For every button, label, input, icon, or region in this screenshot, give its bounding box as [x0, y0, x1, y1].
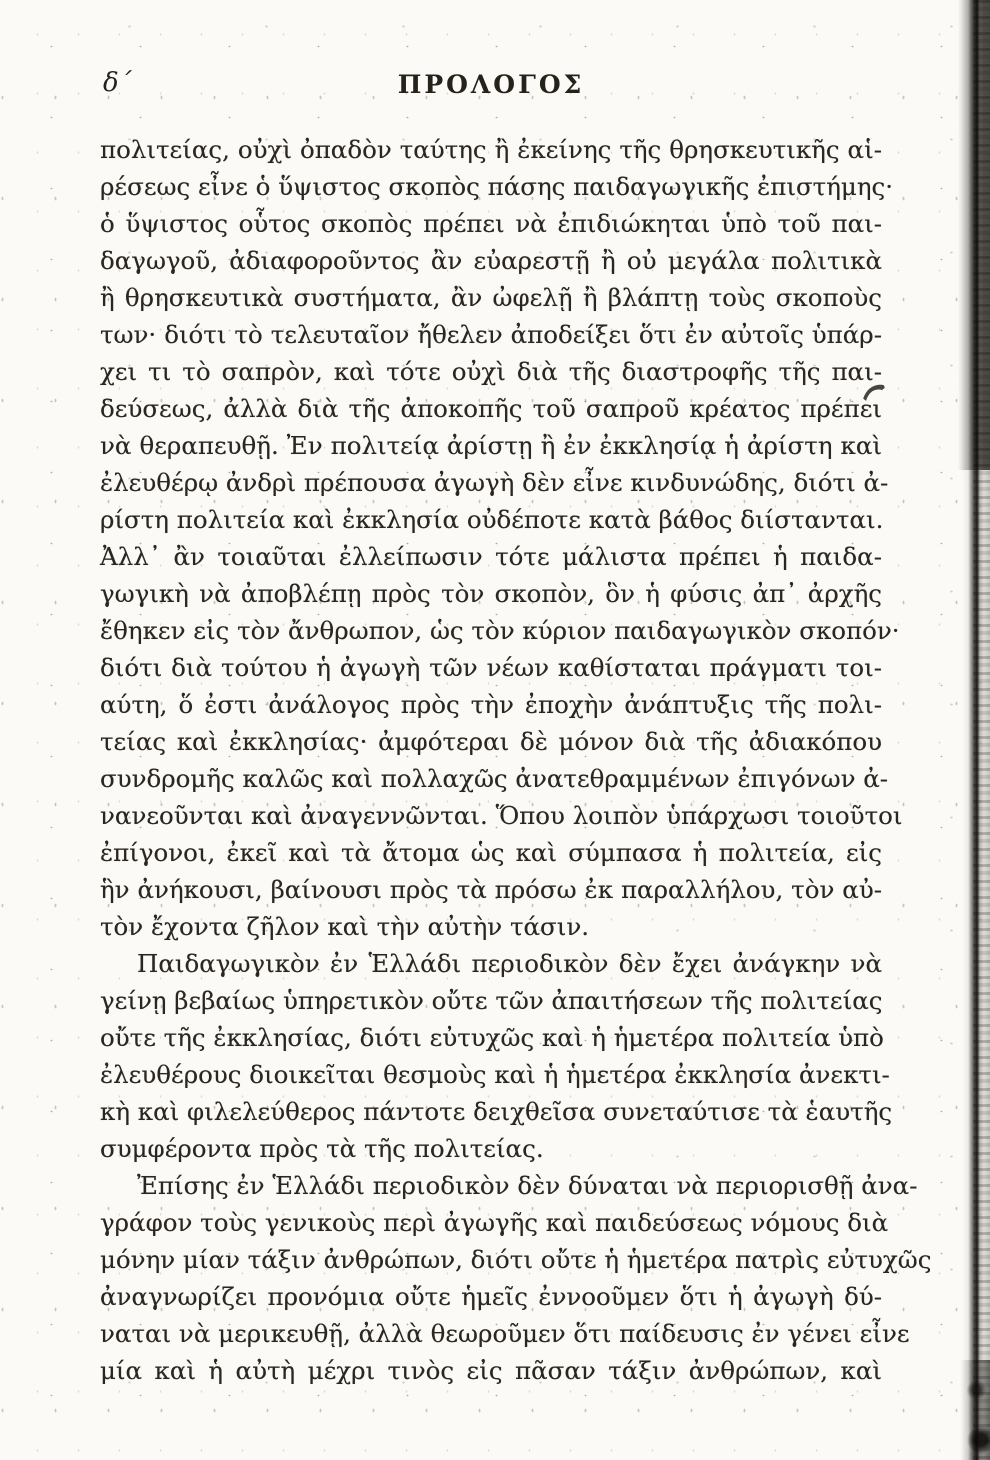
page-title: ΠΡΟΛΟΓΟΣ [100, 70, 882, 99]
scan-edge-artifact-top [958, 0, 990, 470]
text-line: χει τι τὸ σαπρὸν, καὶ τότε οὐχὶ διὰ τῆς … [100, 353, 882, 390]
text-line: ἢ θρησκευτικὰ συστήματα, ἂν ὠφελῇ ἢ βλάπ… [100, 279, 882, 316]
text-line: αύτη, ὅ ἐστι ἀνάλογος πρὸς τὴν ἐποχὴν ἀν… [100, 686, 882, 723]
text-line: Ἐπίσης ἐν Ἑλλάδι περιοδικὸν δὲν δύναται … [100, 1167, 882, 1204]
scanned-book-page: δ΄ ΠΡΟΛΟΓΟΣ πολιτείας, οὐχὶ ὀπαδὸν ταύτη… [0, 0, 990, 1460]
text-line: τὸν ἔχοντα ζῆλον καὶ τὴν αὐτὴν τάσιν. [100, 908, 882, 945]
text-line: οὔτε τῆς ἐκκλησίας, διότι εὐτυχῶς καὶ ἡ … [100, 1019, 882, 1056]
text-line: Ἀλλ᾽ ἂν τοιαῦται ἐλλείπωσιν τότε μάλιστα… [100, 538, 882, 575]
text-line: ἀναγνωρίζει προνόμια οὔτε ἡμεῖς ἐννοοῦμε… [100, 1278, 882, 1315]
text-line: κὴ καὶ φιλελεύθερος πάντοτε δειχθεῖσα συ… [100, 1093, 882, 1130]
text-line: δαγωγοῦ, ἀδιαφοροῦντος ἂν εὐαρεστῇ ἢ οὐ … [100, 242, 882, 279]
text-line: πολιτείας, οὐχὶ ὀπαδὸν ταύτης ἢ ἐκείνης … [100, 131, 882, 168]
text-line: δεύσεως, ἀλλὰ διὰ τῆς ἀποκοπῆς τοῦ σαπρο… [100, 390, 882, 427]
body-text-block: πολιτείας, οὐχὶ ὀπαδὸν ταύτης ἢ ἐκείνης … [100, 131, 882, 1389]
text-line: συμφέροντα πρὸς τὰ τῆς πολιτείας. [100, 1130, 882, 1167]
text-line: νανεοῦνται καὶ ἀναγεννῶνται. Ὅπου λοιπὸν… [100, 797, 882, 834]
text-line: ἔθηκεν εἰς τὸν ἄνθρωπον, ὡς τὸν κύριον π… [100, 612, 882, 649]
text-line: ρίστη πολιτεία καὶ ἐκκλησία οὐδέποτε κατ… [100, 501, 882, 538]
text-line: ἣν ἀνήκουσι, βαίνουσι πρὸς τὰ πρόσω ἐκ π… [100, 871, 882, 908]
text-line: συνδρομῆς καλῶς καὶ πολλαχῶς ἀνατεθραμμέ… [100, 760, 882, 797]
text-line: των· διότι τὸ τελευταῖον ἤθελεν ἀποδείξε… [100, 316, 882, 353]
text-line: μόνην μίαν τάξιν ἀνθρώπων, διότι οὔτε ἡ … [100, 1241, 882, 1278]
text-line: μία καὶ ἡ αὐτὴ μέχρι τινὸς εἰς πᾶσαν τάξ… [100, 1352, 882, 1389]
text-line: ὁ ὕψιστος οὗτος σκοπὸς πρέπει νὰ ἐπιδιώκ… [100, 205, 882, 242]
text-line: γράφον τοὺς γενικοὺς περὶ ἀγωγῆς καὶ παι… [100, 1204, 882, 1241]
text-line: γωγικὴ νὰ ἀποβλέπῃ πρὸς τὸν σκοπὸν, ὃν ἡ… [100, 575, 882, 612]
text-line: γείνῃ βεβαίως ὑπηρετικὸν οὔτε τῶν ἀπαιτή… [100, 982, 882, 1019]
scan-edge-artifact-right [962, 0, 990, 1460]
text-line: Παιδαγωγικὸν ἐν Ἑλλάδι περιοδικὸν δὲν ἔχ… [100, 945, 882, 982]
text-line: ρέσεως εἶνε ὁ ὕψιστος σκοπὸς πάσης παιδα… [100, 168, 882, 205]
text-line: ἐπίγονοι, ἐκεῖ καὶ τὰ ἄτομα ὡς καὶ σύμπα… [100, 834, 882, 871]
scan-edge-artifact-bottom [960, 1360, 990, 1460]
text-line: νὰ θεραπευθῇ. Ἐν πολιτείᾳ ἀρίστῃ ἢ ἐν ἐκ… [100, 427, 882, 464]
text-line: ναται νὰ μερικευθῇ, ἀλλὰ θεωροῦμεν ὅτι π… [100, 1315, 882, 1352]
text-line: διότι διὰ τούτου ἡ ἀγωγὴ τῶν νέων καθίστ… [100, 649, 882, 686]
text-line: τείας καὶ ἐκκλησίας· ἀμφότεραι δὲ μόνον … [100, 723, 882, 760]
text-line: ἐλευθέρῳ ἀνδρὶ πρέπουσα ἀγωγὴ δὲν εἶνε κ… [100, 464, 882, 501]
text-line: ἐλευθέρους διοικεῖται θεσμοὺς καὶ ἡ ἡμετ… [100, 1056, 882, 1093]
